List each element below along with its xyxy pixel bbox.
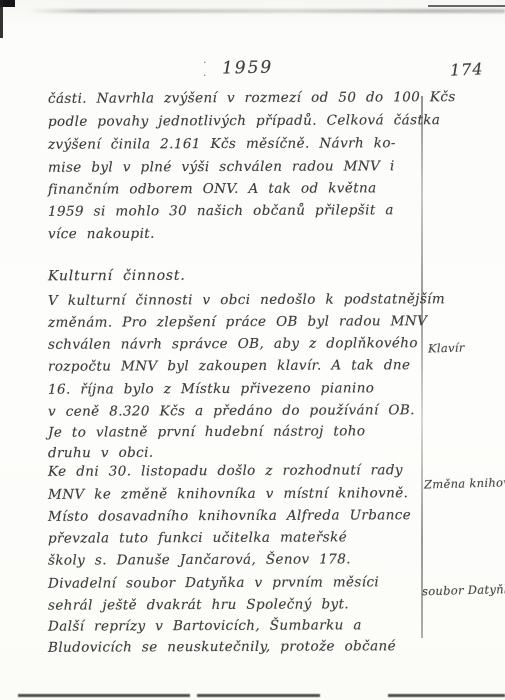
handwritten-line: části. Navrhla zvýšení v rozmezí od 50 d… (48, 89, 456, 107)
year-header: 1959 (222, 58, 274, 79)
scan-artifact-bottom-edge (388, 694, 505, 697)
margin-note-klavir: Klavír (428, 341, 465, 356)
margin-note-zmena-knihovnika: Změna knihovníka (424, 475, 505, 492)
handwritten-line: Divadelní soubor Datyňka v prvním měsíci (48, 574, 379, 591)
scan-artifact-corner-bar (0, 0, 3, 38)
handwritten-line: 1959 si mohlo 30 našich občanů přilepšit… (48, 202, 394, 220)
handwritten-line: Ke dni 30. listopadu došlo z rozhodnutí … (48, 462, 403, 480)
scan-artifact-top-smudge (28, 9, 505, 13)
handwritten-line: školy s. Danuše Jančarová, Šenov 178. (48, 551, 351, 568)
section-heading: Kulturní činnost. (48, 268, 186, 285)
handwritten-line: více nakoupit. (48, 226, 155, 242)
margin-note-soubor-datynka: soubor Datyňka (422, 582, 505, 599)
handwritten-line: v ceně 8.320 Kčs a předáno do používání … (48, 402, 415, 420)
handwritten-line: podle povahy jednotlivých případů. Celko… (48, 112, 440, 130)
handwritten-line: sehrál ještě dvakrát hru Společný byt. (48, 596, 349, 613)
handwritten-line: převzala tuto funkci učitelka mateřské (48, 529, 347, 546)
handwritten-line: mise byl v plné výši schválen radou MNV … (48, 158, 395, 176)
handwritten-line: Místo dosavadního knihovníka Alfreda Urb… (48, 507, 411, 525)
handwritten-line: rozpočtu MNV byl zakoupen klavír. A tak … (48, 357, 410, 375)
handwritten-line: V kulturní činnosti v obci nedošlo k pod… (48, 291, 445, 309)
handwritten-line: Další reprízy v Bartovicích, Šumbarku a (48, 617, 362, 634)
scan-artifact-top-right-line (428, 5, 505, 7)
handwritten-line: druhu v obci. (48, 445, 154, 461)
handwritten-line: změnám. Pro zlepšení práce OB byl radou … (48, 313, 427, 331)
scan-artifact-ink-dots: · · (203, 56, 219, 64)
scan-artifact-bottom-edge (18, 694, 190, 697)
margin-rule-line (421, 96, 423, 638)
handwritten-line: MNV ke změně knihovníka v místní knihovn… (48, 485, 408, 503)
handwritten-line: finančním odborem ONV. A tak od května (48, 180, 377, 197)
scan-artifact-bottom-edge (197, 694, 320, 697)
handwritten-line: Je to vlastně první hudební nástroj toho (48, 423, 365, 440)
handwritten-line: zvýšení činila 2.161 Kčs měsíčně. Návrh … (48, 135, 396, 153)
handwritten-line: schválen návrh správce OB, aby z doplňko… (48, 335, 418, 353)
scanned-chronicle-page: · · 1959 174 části. Navrhla zvýšení v ro… (0, 0, 505, 700)
handwritten-line: Bludovicích se neuskutečnily, protože ob… (48, 638, 396, 656)
page-number: 174 (450, 59, 484, 79)
handwritten-line: 16. října bylo z Místku přivezeno pianin… (48, 380, 374, 397)
